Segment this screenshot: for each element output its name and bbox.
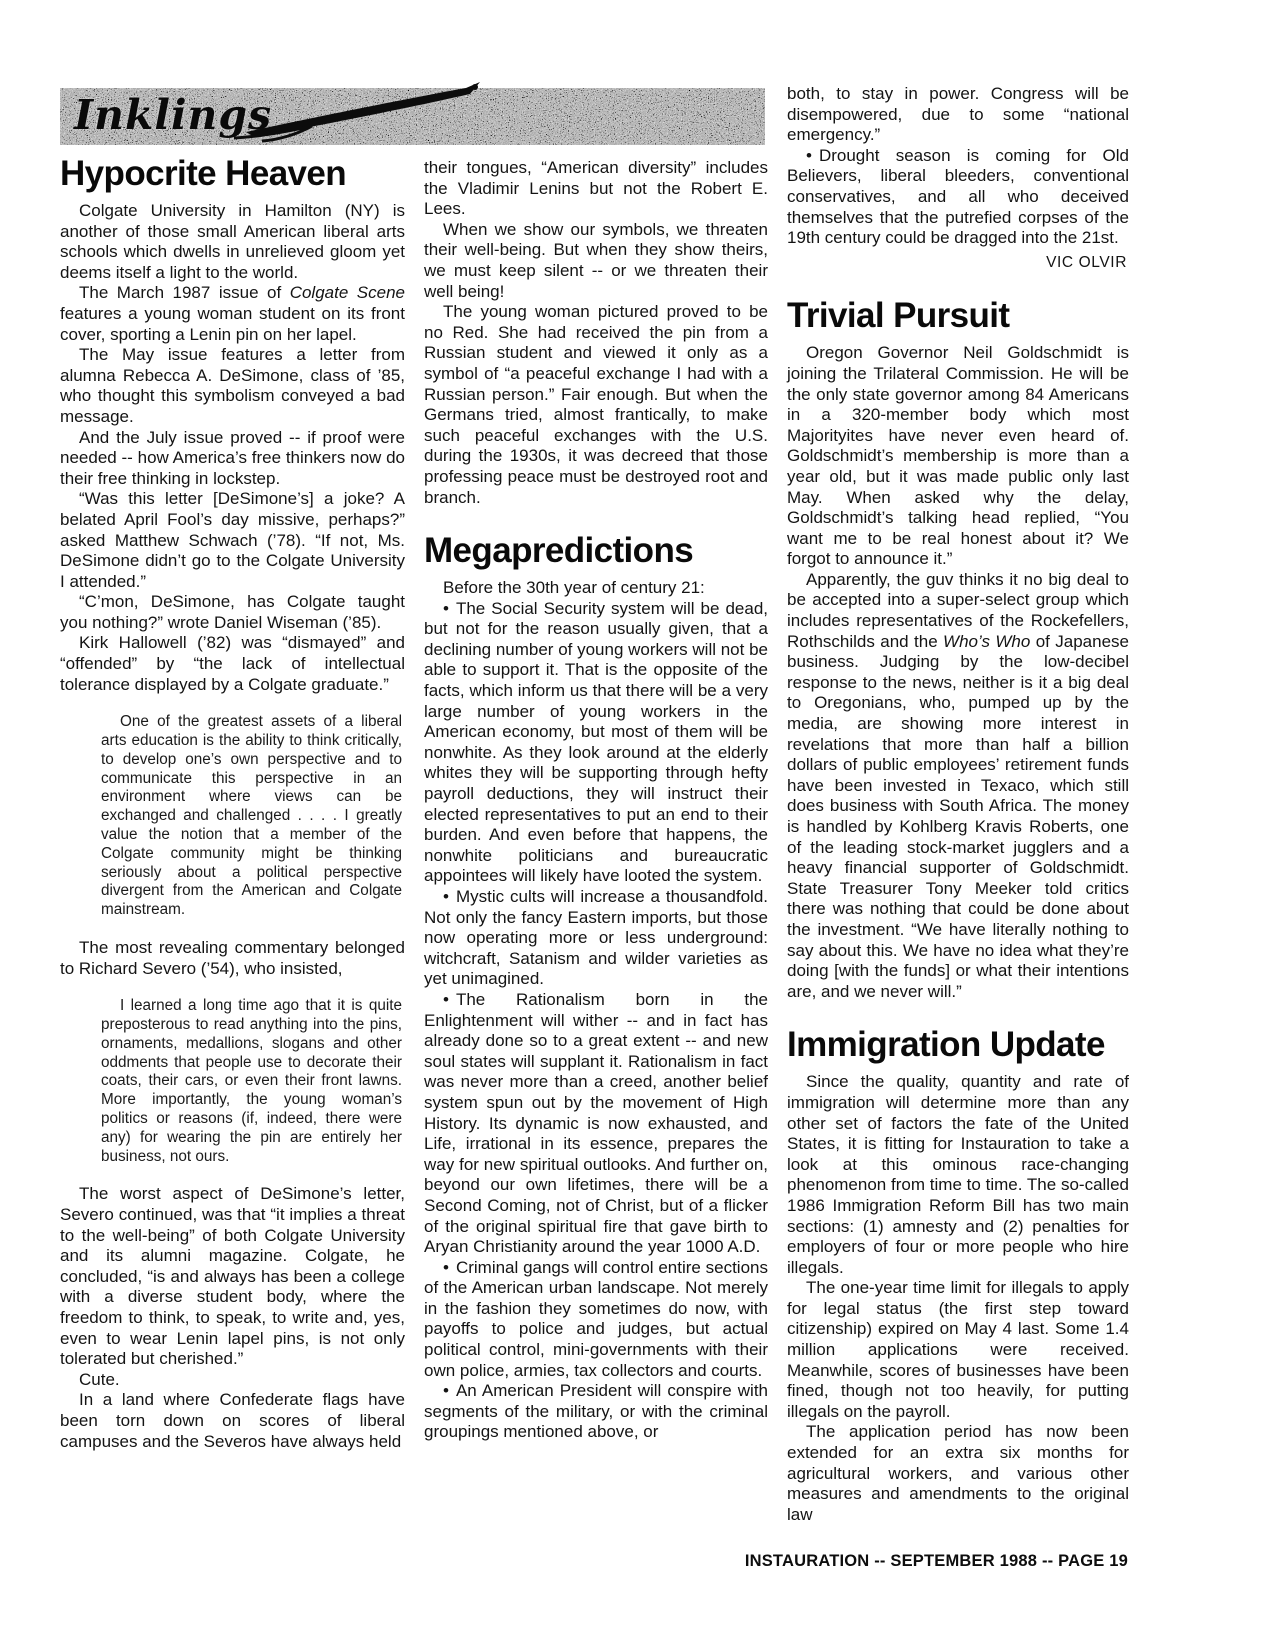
bullet-icon: • [443, 990, 449, 1009]
text-run: Colgate Scene [290, 283, 405, 302]
text-run: The Rationalism born in the Enlightenmen… [424, 990, 768, 1256]
text-run: And the July issue proved -- if proof we… [60, 428, 405, 488]
text-run: The young woman pictured proved to be no… [424, 302, 768, 506]
inklings-banner: Inklings [60, 88, 765, 145]
paragraph: The young woman pictured proved to be no… [424, 302, 768, 508]
bullet-icon: • [443, 887, 449, 906]
paragraph: The most revealing commentary belonged t… [60, 938, 405, 979]
blockquote: I learned a long time ago that it is qui… [101, 997, 402, 1166]
article-title: Immigration Update [787, 1026, 1129, 1064]
text-run: Trivial Pursuit [787, 296, 1009, 335]
bullet-paragraph: •Mystic cults will increase a thousandfo… [424, 887, 768, 990]
text-run: their tongues, “American diversity” incl… [424, 158, 768, 218]
text-run: In a land where Confederate flags have b… [60, 1390, 405, 1450]
paragraph: Colgate University in Hamilton (NY) is a… [60, 201, 405, 283]
text-run: The one-year time limit for illegals to … [787, 1278, 1129, 1421]
paragraph: And the July issue proved -- if proof we… [60, 428, 405, 490]
quill-pen-icon [228, 82, 488, 146]
blockquote: One of the greatest assets of a liberal … [101, 713, 402, 920]
article-title: Hypocrite Heaven [60, 155, 405, 193]
column-1: Hypocrite HeavenColgate University in Ha… [60, 155, 405, 1452]
paragraph: Kirk Hallowell (’82) was “dismayed” and … [60, 633, 405, 695]
text-run: When we show our symbols, we threaten th… [424, 220, 768, 301]
text-run: Kirk Hallowell (’82) was “dismayed” and … [60, 633, 405, 693]
article-title: Megapredictions [424, 532, 768, 570]
text-run: The Social Security system will be dead,… [424, 599, 768, 886]
text-run: Before the 30th year of century 21: [443, 578, 705, 597]
text-run: Who’s Who [943, 632, 1030, 651]
paragraph: Since the quality, quantity and rate of … [787, 1072, 1129, 1278]
text-run: both, to stay in power. Congress will be… [787, 84, 1129, 144]
paragraph: both, to stay in power. Congress will be… [787, 84, 1129, 146]
paragraph: In a land where Confederate flags have b… [60, 1390, 405, 1452]
text-run: of Japanese business. Judging by the low… [787, 632, 1129, 1001]
paragraph: Before the 30th year of century 21: [424, 578, 768, 599]
byline: VIC OLVIR [787, 253, 1127, 274]
text-run: Oregon Governor Neil Goldschmidt is join… [787, 343, 1129, 568]
column-3: both, to stay in power. Congress will be… [787, 84, 1129, 1525]
text-run: The application period has now been exte… [787, 1422, 1129, 1523]
text-run: Hypocrite Heaven [60, 154, 346, 193]
paragraph: The May issue features a letter from alu… [60, 345, 405, 427]
text-run: Megapredictions [424, 531, 693, 570]
magazine-page: Inklings Hypocrite HeavenColgate Univers… [0, 0, 1275, 1650]
text-run: features a young woman student on its fr… [60, 304, 405, 344]
paragraph: The March 1987 issue of Colgate Scene fe… [60, 283, 405, 345]
paragraph: Apparently, the guv thinks it no big dea… [787, 570, 1129, 1002]
paragraph: The one-year time limit for illegals to … [787, 1278, 1129, 1422]
bullet-paragraph: •The Social Security system will be dead… [424, 599, 768, 887]
text-run: Colgate University in Hamilton (NY) is a… [60, 201, 405, 282]
page-footer: INSTAURATION -- SEPTEMBER 1988 -- PAGE 1… [745, 1552, 1128, 1571]
bullet-icon: • [806, 146, 812, 165]
text-run: One of the greatest assets of a liberal … [101, 713, 402, 918]
text-run: Immigration Update [787, 1025, 1105, 1064]
bullet-icon: • [443, 1258, 449, 1277]
article-title: Trivial Pursuit [787, 297, 1129, 335]
text-run: The May issue features a letter from alu… [60, 345, 405, 426]
text-run: Since the quality, quantity and rate of … [787, 1072, 1129, 1276]
paragraph: Oregon Governor Neil Goldschmidt is join… [787, 343, 1129, 570]
text-run: The most revealing commentary belonged t… [60, 938, 405, 978]
bullet-icon: • [443, 1381, 449, 1400]
paragraph: their tongues, “American diversity” incl… [424, 158, 768, 220]
text-run: “Was this letter [DeSimone’s] a joke? A … [60, 489, 405, 590]
column-2: their tongues, “American diversity” incl… [424, 158, 768, 1443]
bullet-paragraph: •The Rationalism born in the Enlightenme… [424, 990, 768, 1258]
text-run: Cute. [79, 1370, 120, 1389]
bullet-icon: • [443, 599, 449, 618]
text-run: I learned a long time ago that it is qui… [101, 997, 402, 1164]
text-run: The worst aspect of DeSimone’s letter, S… [60, 1184, 405, 1368]
text-run: Mystic cults will increase a thousandfol… [424, 887, 768, 988]
paragraph: The worst aspect of DeSimone’s letter, S… [60, 1184, 405, 1369]
text-run: Drought season is coming for Old Believe… [787, 146, 1129, 247]
text-run: “C’mon, DeSimone, has Colgate taught you… [60, 592, 405, 632]
text-run: VIC OLVIR [1046, 254, 1127, 271]
bullet-paragraph: •An American President will conspire wit… [424, 1381, 768, 1443]
bullet-paragraph: •Drought season is coming for Old Believ… [787, 146, 1129, 249]
paragraph: The application period has now been exte… [787, 1422, 1129, 1525]
text-run: Criminal gangs will control entire secti… [424, 1258, 768, 1380]
bullet-paragraph: •Criminal gangs will control entire sect… [424, 1258, 768, 1382]
paragraph: “Was this letter [DeSimone’s] a joke? A … [60, 489, 405, 592]
paragraph: Cute. [60, 1370, 405, 1391]
text-run: The March 1987 issue of [79, 283, 290, 302]
text-run: An American President will conspire with… [424, 1381, 768, 1441]
paragraph: When we show our symbols, we threaten th… [424, 220, 768, 302]
paragraph: “C’mon, DeSimone, has Colgate taught you… [60, 592, 405, 633]
